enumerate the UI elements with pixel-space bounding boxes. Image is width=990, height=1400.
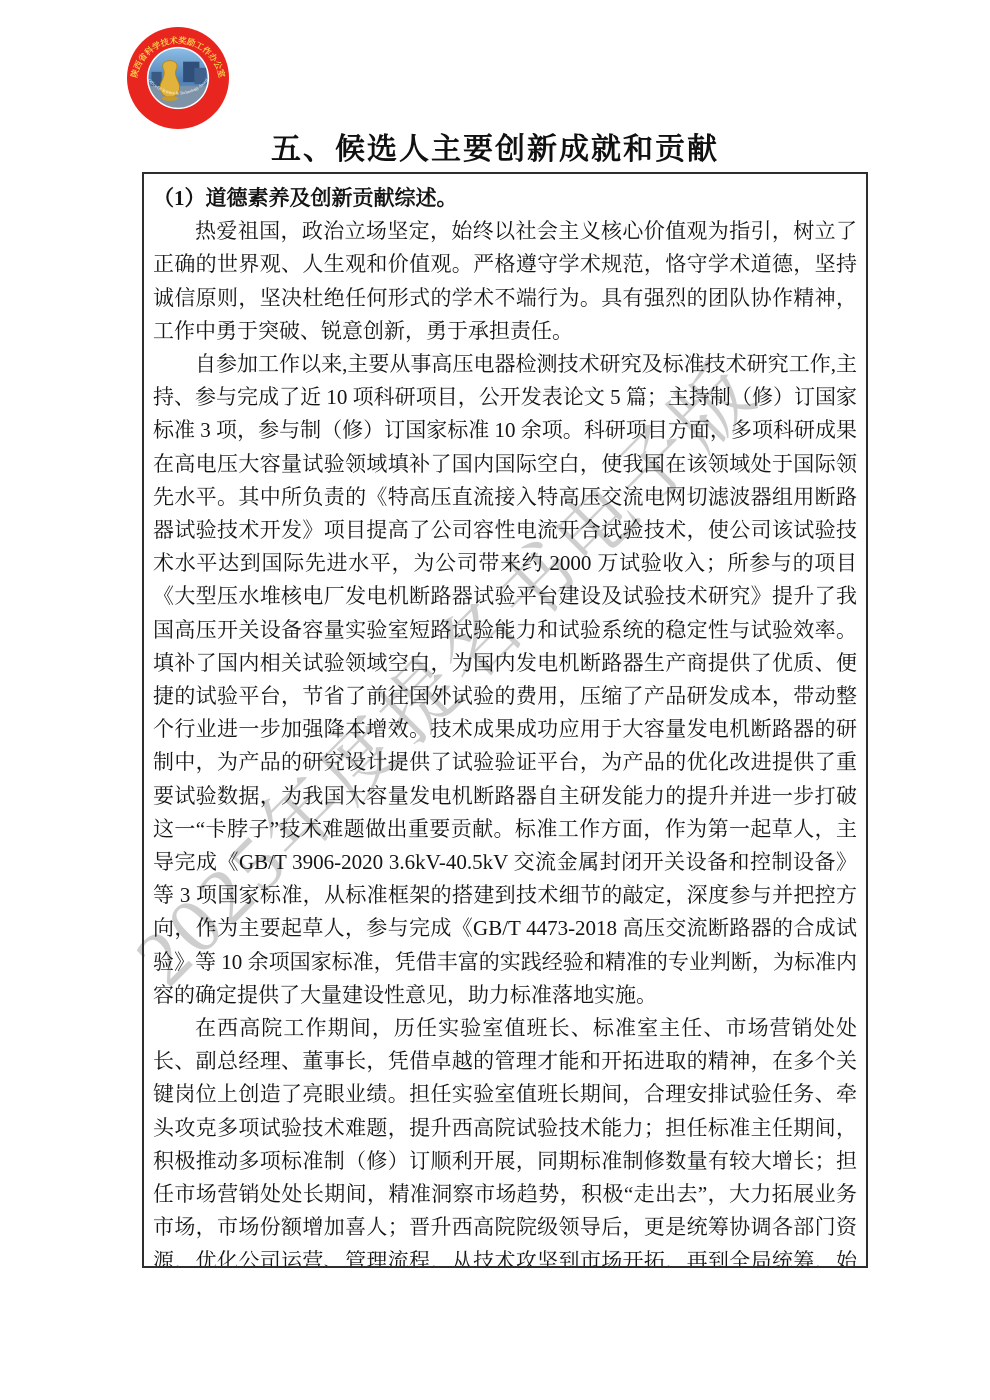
paragraph-research-standards: 自参加工作以来,主要从事高压电器检测技术研究及标准技术研究工作,主持、参与完成了… (153, 348, 857, 1012)
seal-graphic: 陕西省科学技术奖励工作办公室 Office Of Science & Techn… (127, 27, 229, 129)
page-title: 五、候选人主要创新成就和贡献 (0, 124, 990, 168)
paragraph-career: 在西高院工作期间，历任实验室值班长、标准室主任、市场营销处处长、副总经理、董事长… (153, 1012, 857, 1268)
content-box: （1）道德素养及创新贡献综述。 热爱祖国，政治立场坚定，始终以社会主义核心价值观… (142, 172, 868, 1268)
document-page: 陕西省科学技术奖励工作办公室 Office Of Science & Techn… (0, 0, 990, 1400)
section-heading: （1）道德素养及创新贡献综述。 (153, 182, 857, 215)
paragraph-ethics: 热爱祖国，政治立场坚定，始终以社会主义核心价值观为指引，树立了正确的世界观、人生… (153, 215, 857, 348)
award-office-seal: 陕西省科学技术奖励工作办公室 Office Of Science & Techn… (127, 27, 229, 129)
